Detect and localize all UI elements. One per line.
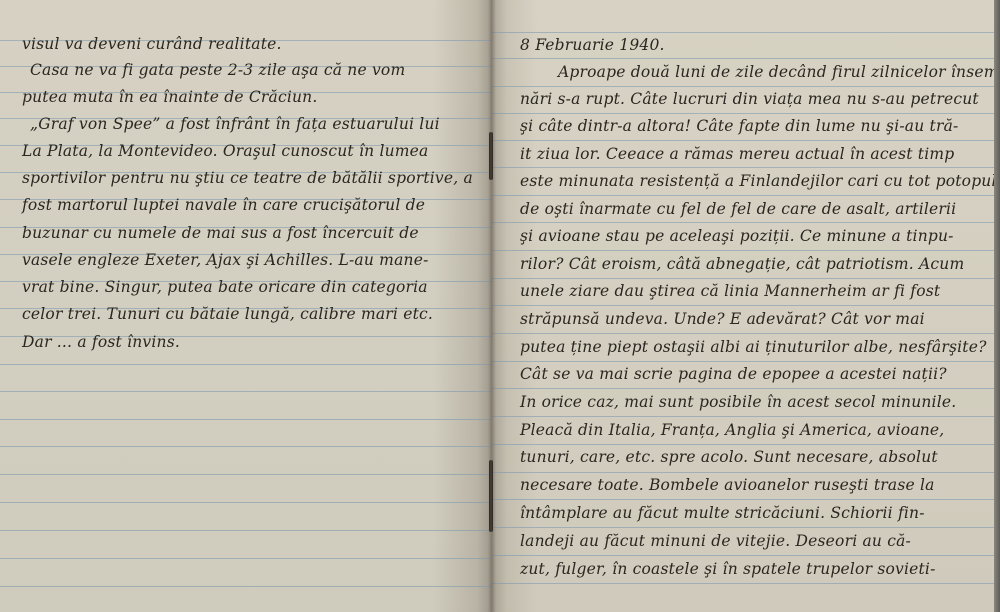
handwritten-line: vrat bine. Singur, putea bate oricare di… [22, 278, 428, 296]
handwritten-line: necesare toate. Bombele avioanelor ruseş… [520, 476, 935, 494]
ruled-line [492, 140, 994, 141]
ruled-line [492, 58, 994, 59]
ruled-line [492, 472, 994, 473]
handwritten-line: tunuri, care, etc. spre acolo. Sunt nece… [520, 448, 938, 466]
handwritten-line: putea muta în ea înainte de Crăciun. [22, 88, 317, 106]
handwritten-line: nări s-a rupt. Câte lucruri din viața me… [520, 90, 979, 108]
ruled-line [0, 419, 492, 420]
handwritten-line: landeji au făcut minuni de vitejie. Dese… [520, 532, 911, 550]
ruled-line [492, 195, 994, 196]
handwritten-line: vasele engleze Exeter, Ajax şi Achilles.… [22, 251, 429, 269]
handwritten-line: străpunsă undeva. Unde? E adevărat? Cât … [520, 310, 925, 328]
left-page: visul va deveni curând realitate. Casa n… [0, 0, 492, 612]
ruled-line [0, 530, 492, 531]
ruled-line [0, 474, 492, 475]
ruled-line [492, 499, 994, 500]
handwritten-line: putea ține piept ostaşii albi ai ținutur… [520, 338, 987, 356]
handwritten-line: buzunar cu numele de mai sus a fost înce… [22, 224, 419, 242]
ruled-line [492, 444, 994, 445]
open-notebook: visul va deveni curând realitate. Casa n… [0, 0, 1000, 612]
handwritten-line: fost martorul luptei navale în care cruc… [22, 196, 425, 214]
handwritten-line: şi câte dintr-a altora! Câte fapte din l… [520, 117, 958, 135]
ruled-line [492, 222, 994, 223]
handwritten-line: Pleacă din Italia, Franța, Anglia şi Ame… [520, 421, 944, 439]
handwritten-line: întâmplare au făcut multe stricăciuni. S… [520, 504, 925, 522]
ruled-line [0, 558, 492, 559]
handwritten-line: it ziua lor. Ceeace a rămas mereu actual… [520, 145, 954, 163]
right-page: 8 Februarie 1940. Aproape două luni de z… [492, 0, 994, 612]
handwritten-line: rilor? Cât eroism, câtă abnegație, cât p… [520, 255, 964, 273]
handwritten-line: „Graf von Spee” a fost înfrânt în fața e… [22, 115, 440, 133]
ruled-line [492, 555, 994, 556]
ruled-line [0, 364, 492, 365]
page-edge [994, 0, 1000, 612]
ruled-line [492, 250, 994, 251]
handwritten-line: şi avioane stau pe aceleaşi poziții. Ce … [520, 227, 954, 245]
ruled-line [492, 388, 994, 389]
ruled-line [492, 32, 994, 33]
ruled-line [492, 333, 994, 334]
ruled-line [492, 305, 994, 306]
ruled-line [0, 446, 492, 447]
handwritten-line: Aproape două luni de zile decând firul z… [520, 63, 994, 81]
handwritten-line: Cât se va mai scrie pagina de epopee a a… [520, 365, 947, 383]
handwritten-line: unele ziare dau ştirea că linia Mannerhe… [520, 282, 940, 300]
handwritten-line: este minunata resistență a Finlandejilor… [520, 172, 994, 190]
handwritten-line: La Plata, la Montevideo. Oraşul cunoscut… [22, 142, 429, 160]
ruled-line [0, 586, 492, 587]
handwritten-line: sportivilor pentru nu ştiu ce teatre de … [22, 169, 473, 187]
handwritten-line: zut, fulger, în coastele şi în spatele t… [520, 560, 936, 578]
ruled-line [492, 583, 994, 584]
ruled-line [0, 391, 492, 392]
ruled-line [492, 361, 994, 362]
entry-date: 8 Februarie 1940. [520, 36, 665, 54]
ruled-line [492, 113, 994, 114]
ruled-line [492, 86, 994, 87]
staple-icon [489, 460, 493, 532]
handwritten-line: de oşti înarmate cu fel de fel de care d… [520, 200, 956, 218]
ruled-line [492, 527, 994, 528]
ruled-line [492, 167, 994, 168]
handwritten-line: celor trei. Tunuri cu bătaie lungă, cali… [22, 305, 433, 323]
handwritten-line: Casa ne va fi gata peste 2-3 zile aşa că… [22, 61, 405, 79]
handwritten-line: visul va deveni curând realitate. [22, 35, 282, 53]
ruled-line [0, 502, 492, 503]
handwritten-line: Dar ... a fost învins. [22, 333, 180, 351]
ruled-line [492, 278, 994, 279]
ruled-line [492, 416, 994, 417]
handwritten-line: In orice caz, mai sunt posibile în acest… [520, 393, 956, 411]
staple-icon [489, 132, 493, 180]
